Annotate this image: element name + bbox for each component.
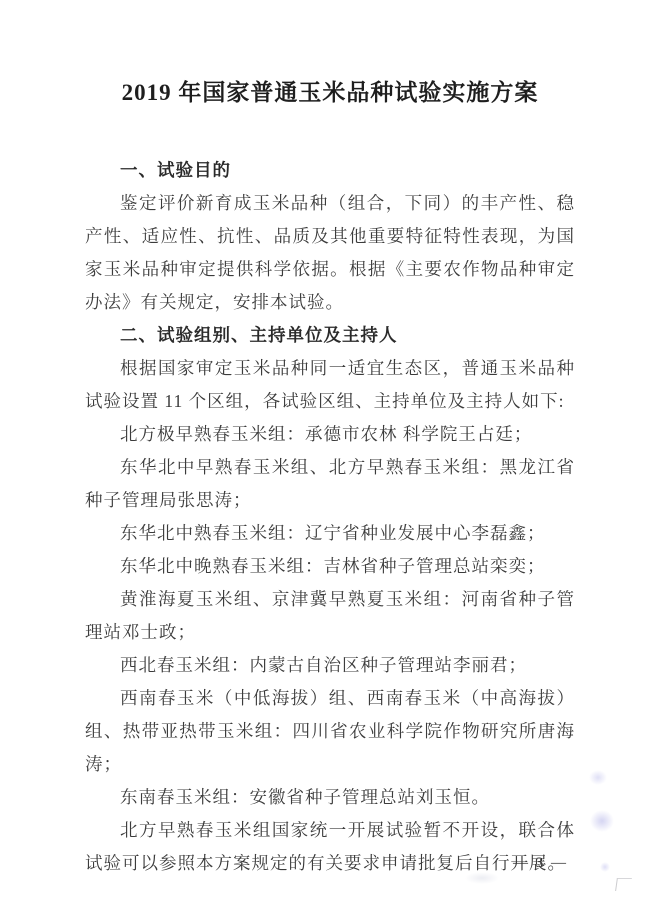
paragraph: 东南春玉米组：安徽省种子管理总站刘玉恒。 xyxy=(85,781,575,814)
paragraph: 西北春玉米组：内蒙古自治区种子管理站李丽君； xyxy=(85,649,575,682)
document-page: 2019 年国家普通玉米品种试验实施方案 一、试验目的鉴定评价新育成玉米品种（组… xyxy=(0,0,650,919)
paragraph: 西南春玉米（中低海拔）组、西南春玉米（中高海拔）组、热带亚热带玉米组：四川省农业… xyxy=(85,682,575,781)
scan-smudge-artifact xyxy=(590,810,614,832)
paragraph: 北方早熟春玉米组国家统一开展试验暂不开设，联合体试验可以参照本方案规定的有关要求… xyxy=(85,814,575,880)
document-body: 一、试验目的鉴定评价新育成玉米品种（组合，下同）的丰产性、稳产性、适应性、抗性、… xyxy=(85,154,575,880)
paragraph: 东华北中熟春玉米组：辽宁省种业发展中心李磊鑫； xyxy=(85,517,575,550)
scan-smudge-artifact xyxy=(589,770,607,785)
scan-smudge-artifact xyxy=(600,862,610,872)
section-heading: 一、试验目的 xyxy=(85,154,575,187)
document-content: 2019 年国家普通玉米品种试验实施方案 一、试验目的鉴定评价新育成玉米品种（组… xyxy=(85,76,575,880)
scan-mark-artifact xyxy=(615,878,632,891)
page-number: — 3 — xyxy=(513,855,568,872)
paragraph: 根据国家审定玉米品种同一适宜生态区，普通玉米品种试验设置 11 个区组，各试验区… xyxy=(85,352,575,418)
paragraph: 北方极早熟春玉米组：承德市农林 科学院王占廷； xyxy=(85,418,575,451)
paragraph: 鉴定评价新育成玉米品种（组合，下同）的丰产性、稳产性、适应性、抗性、品质及其他重… xyxy=(85,187,575,319)
paragraph: 东华北中早熟春玉米组、北方早熟春玉米组：黑龙江省种子管理局张思涛； xyxy=(85,451,575,517)
paragraph: 黄淮海夏玉米组、京津冀早熟夏玉米组：河南省种子管理站邓士政； xyxy=(85,583,575,649)
section-heading: 二、试验组别、主持单位及主持人 xyxy=(85,319,575,352)
document-title: 2019 年国家普通玉米品种试验实施方案 xyxy=(85,76,575,110)
paragraph: 东华北中晚熟春玉米组：吉林省种子管理总站栾奕； xyxy=(85,550,575,583)
